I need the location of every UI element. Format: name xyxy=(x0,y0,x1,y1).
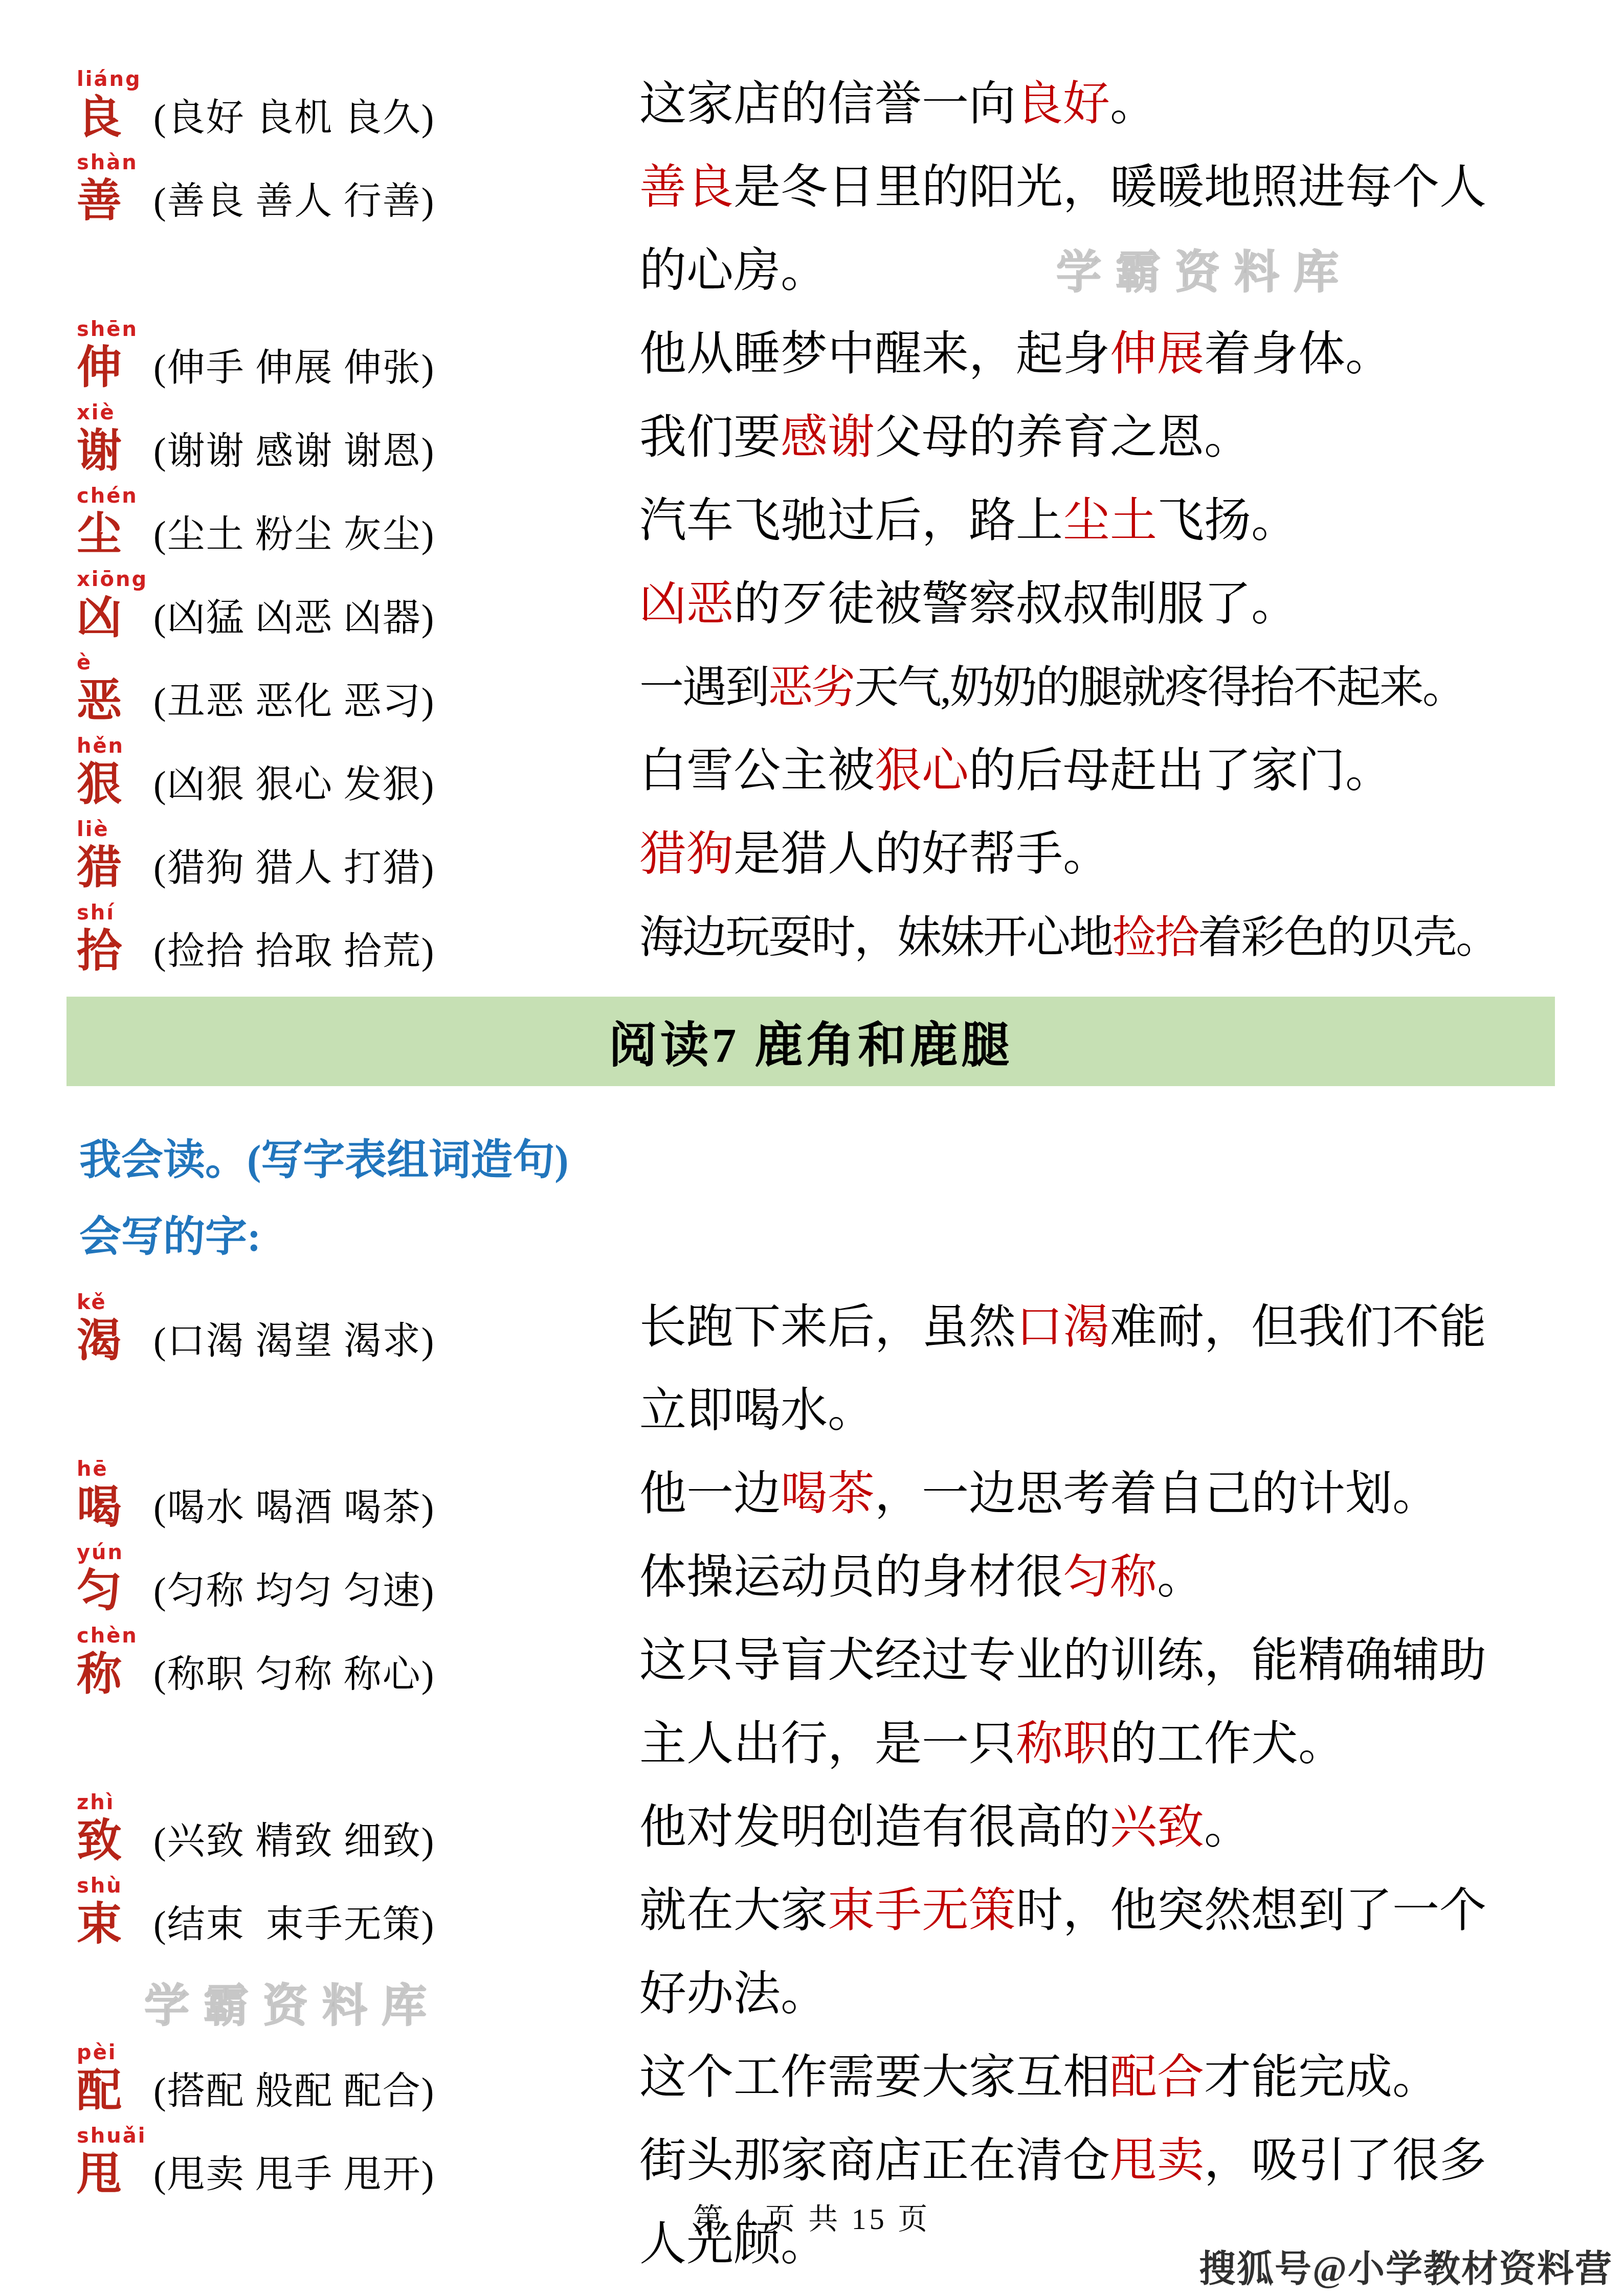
highlighted-word: 甩卖 xyxy=(1110,2134,1204,2187)
vocab-section-1: liáng 良 (良好 良机 良久) 这家店的信誉一向良好。 shàn 善 (善… xyxy=(77,66,1596,979)
pinyin-label: chèn xyxy=(77,1623,153,1649)
vocab-row-left: hē 喝 (喝水 喝酒 喝茶) xyxy=(77,1456,639,1534)
highlighted-word: 称职 xyxy=(1016,1718,1110,1770)
highlighted-word: 伸展 xyxy=(1110,328,1204,380)
headword-column: yún 匀 xyxy=(77,1540,153,1617)
word-list: (搭配 般配 配合) xyxy=(153,2040,435,2118)
example-sentence: 就在大家束手无策时，他突然想到了一个 好办法。 xyxy=(639,1869,1596,2036)
highlighted-word: 匀称 xyxy=(1063,1551,1157,1603)
word-list: (尘土 粉尘 灰尘) xyxy=(153,483,435,561)
pinyin-label: hěn xyxy=(77,733,153,759)
pinyin-label: shuǎi xyxy=(77,2123,153,2149)
headword-character: 称 xyxy=(77,1649,153,1701)
vocab-section-2: kě 渴 (口渴 渴望 渴求) 长跑下来后，虽然口渴难耐，但我们不能 立即喝水。… xyxy=(77,1290,1596,2286)
vocab-row-left: zhì 致 (兴致 精致 细致) xyxy=(77,1790,639,1867)
highlighted-word: 口渴 xyxy=(1016,1301,1110,1353)
watermark-library-top: 学霸资料库 xyxy=(1056,236,1353,301)
headword-character: 猎 xyxy=(77,842,153,894)
subtitle-write: 会写的字: xyxy=(79,1199,1596,1275)
sentence-text: 这家店的信誉一向 xyxy=(639,78,1016,130)
highlighted-word: 尘土 xyxy=(1063,494,1157,547)
highlighted-word: 感谢 xyxy=(781,411,875,463)
vocab-row: zhì 致 (兴致 精致 细致) 他对发明创造有很高的兴致。 xyxy=(77,1790,1596,1869)
pinyin-label: zhì xyxy=(77,1790,153,1815)
headword-column: shēn 伸 xyxy=(77,317,153,394)
word-list: (匀称 均匀 匀速) xyxy=(153,1540,435,1617)
headword-column: chén 尘 xyxy=(77,483,153,561)
vocab-row-left: shàn 善 (善良 善人 行善) xyxy=(77,150,639,228)
word-list: (口渴 渴望 渴求) xyxy=(153,1290,435,1367)
word-list: (伸手 伸展 伸张) xyxy=(153,317,435,394)
highlighted-word: 凶恶 xyxy=(639,578,733,630)
word-list: (称职 匀称 称心) xyxy=(153,1623,435,1701)
headword-character: 尘 xyxy=(77,509,153,561)
page-content: liáng 良 (良好 良机 良久) 这家店的信誉一向良好。 shàn 善 (善… xyxy=(77,66,1596,2290)
vocab-row: hē 喝 (喝水 喝酒 喝茶) 他一边喝茶，一边思考着自己的计划。 xyxy=(77,1456,1596,1536)
headword-column: è 恶 xyxy=(77,650,153,728)
headword-character: 喝 xyxy=(77,1482,153,1534)
headword-column: pèi 配 xyxy=(77,2040,153,2118)
pinyin-label: shí xyxy=(77,900,153,926)
example-sentence: 我们要感谢父母的养育之恩。 xyxy=(639,396,1596,479)
highlighted-word: 捡拾 xyxy=(1112,913,1198,962)
highlighted-word: 善良 xyxy=(639,161,733,213)
sentence-text: 汽车飞驰过后，路上 xyxy=(639,494,1063,547)
headword-character: 狠 xyxy=(77,759,153,811)
headword-character: 致 xyxy=(77,1815,153,1867)
word-list: (善良 善人 行善) xyxy=(153,150,435,228)
sentence-text: 海边玩耍时，妹妹开心地 xyxy=(639,913,1112,962)
sentence-text: 体操运动员的身材很 xyxy=(639,1551,1063,1603)
word-list: (猎狗 猎人 打猎) xyxy=(153,817,435,894)
vocab-row: è 恶 (丑恶 恶化 恶习) 一遇到恶劣天气,奶奶的腿就疼得抬不起来。 xyxy=(77,650,1596,729)
pinyin-label: pèi xyxy=(77,2040,153,2065)
word-list: (谢谢 感谢 谢恩) xyxy=(153,400,435,478)
vocab-row: liè 猎 (猎狗 猎人 打猎) 猎狗是猎人的好帮手。 xyxy=(77,817,1596,896)
sentence-text: 他对发明创造有很高的 xyxy=(639,1801,1110,1853)
headword-column: xiōng 凶 xyxy=(77,567,153,644)
vocab-row-left: xiōng 凶 (凶猛 凶恶 凶器) xyxy=(77,567,639,644)
example-sentence: 汽车飞驰过后，路上尘土飞扬。 xyxy=(639,479,1596,562)
vocab-row: hěn 狠 (凶狠 狠心 发狠) 白雪公主被狠心的后母赶出了家门。 xyxy=(77,733,1596,813)
sentence-text: 。 xyxy=(1110,78,1157,130)
sentence-text: 一遇到 xyxy=(639,663,768,712)
page-number-footer: 第 4 页 共 15 页 xyxy=(694,2195,931,2238)
pinyin-label: shàn xyxy=(77,150,153,175)
headword-character: 拾 xyxy=(77,926,153,978)
word-list: (兴致 精致 细致) xyxy=(153,1790,435,1867)
sentence-text: 。 xyxy=(1204,1801,1251,1853)
example-sentence: 白雪公主被狠心的后母赶出了家门。 xyxy=(639,729,1596,813)
sentence-text: 是猎人的好帮手。 xyxy=(733,828,1110,880)
headword-character: 配 xyxy=(77,2065,153,2118)
word-list: (甩卖 甩手 甩开) xyxy=(153,2123,435,2201)
highlighted-word: 良好 xyxy=(1016,78,1110,130)
sentence-text: 的工作犬。 xyxy=(1110,1718,1345,1770)
headword-character: 善 xyxy=(77,175,153,228)
headword-column: shí 拾 xyxy=(77,900,153,978)
sentence-text: 白雪公主被 xyxy=(639,745,875,797)
vocab-row-left: kě 渴 (口渴 渴望 渴求) xyxy=(77,1290,639,1367)
example-sentence: 他对发明创造有很高的兴致。 xyxy=(639,1786,1596,1869)
headword-column: hē 喝 xyxy=(77,1456,153,1534)
word-list: (凶猛 凶恶 凶器) xyxy=(153,567,435,644)
headword-column: shù 束 xyxy=(77,1873,153,1951)
pinyin-label: chén xyxy=(77,483,153,509)
word-list: (喝水 喝酒 喝茶) xyxy=(153,1456,435,1534)
vocab-row-left: pèi 配 (搭配 般配 配合) xyxy=(77,2040,639,2118)
example-sentence: 体操运动员的身材很匀称。 xyxy=(639,1536,1596,1619)
example-sentence: 他从睡梦中醒来，起身伸展着身体。 xyxy=(639,312,1596,396)
pinyin-label: è xyxy=(77,650,153,676)
pinyin-label: xiè xyxy=(77,400,153,425)
headword-character: 伸 xyxy=(77,342,153,394)
vocab-row: kě 渴 (口渴 渴望 渴求) 长跑下来后，虽然口渴难耐，但我们不能 立即喝水。 xyxy=(77,1290,1596,1452)
highlighted-word: 配合 xyxy=(1110,2051,1204,2103)
sentence-text: 就在大家 xyxy=(639,1884,828,1937)
headword-character: 渴 xyxy=(77,1315,153,1367)
watermark-library-bottom: 学霸资料库 xyxy=(144,1970,441,2034)
sentence-text: 他从睡梦中醒来，起身 xyxy=(639,328,1110,380)
sentence-text: 长跑下来后，虽然 xyxy=(639,1301,1016,1353)
word-list: (丑恶 恶化 恶习) xyxy=(153,650,435,728)
pinyin-label: xiōng xyxy=(77,567,153,592)
highlighted-word: 兴致 xyxy=(1110,1801,1204,1853)
headword-character: 束 xyxy=(77,1899,153,1951)
vocab-row-left: yún 匀 (匀称 均匀 匀速) xyxy=(77,1540,639,1617)
sentence-text: 天气,奶奶的腿就疼得抬不起来。 xyxy=(854,663,1465,712)
sentence-text: 着身体。 xyxy=(1204,328,1392,380)
highlighted-word: 恶劣 xyxy=(768,663,854,712)
vocab-row-left: è 恶 (丑恶 恶化 恶习) xyxy=(77,650,639,728)
example-sentence: 这家店的信誉一向良好。 xyxy=(639,62,1596,146)
headword-character: 匀 xyxy=(77,1565,153,1617)
word-list: (结束 束手无策) xyxy=(153,1873,435,1951)
sentence-text: 的歹徒被警察叔叔制服了。 xyxy=(733,578,1298,630)
vocab-row: shēn 伸 (伸手 伸展 伸张) 他从睡梦中醒来，起身伸展着身体。 xyxy=(77,317,1596,396)
highlighted-word: 束手无策 xyxy=(828,1884,1016,1937)
vocab-row-left: liè 猎 (猎狗 猎人 打猎) xyxy=(77,817,639,894)
vocab-row-left: chén 尘 (尘土 粉尘 灰尘) xyxy=(77,483,639,561)
sentence-text: 我们要 xyxy=(639,411,781,463)
highlighted-word: 喝茶 xyxy=(781,1468,875,1520)
example-sentence: 这只导盲犬经过专业的训练，能精确辅助 主人出行，是一只称职的工作犬。 xyxy=(639,1619,1596,1786)
pinyin-label: liáng xyxy=(77,66,153,92)
sentence-text: 他一边 xyxy=(639,1468,781,1520)
vocab-row: chén 尘 (尘土 粉尘 灰尘) 汽车飞驰过后，路上尘土飞扬。 xyxy=(77,483,1596,562)
sentence-text: 飞扬。 xyxy=(1157,494,1298,547)
vocab-row-left: shuǎi 甩 (甩卖 甩手 甩开) xyxy=(77,2123,639,2201)
example-sentence: 海边玩耍时，妹妹开心地捡拾着彩色的贝壳。 xyxy=(639,896,1596,979)
example-sentence: 这个工作需要大家互相配合才能完成。 xyxy=(639,2036,1596,2119)
vocab-row-left: hěn 狠 (凶狠 狠心 发狠) xyxy=(77,733,639,811)
vocab-row: liáng 良 (良好 良机 良久) 这家店的信誉一向良好。 xyxy=(77,66,1596,146)
headword-column: shàn 善 xyxy=(77,150,153,228)
vocab-row: shí 拾 (捡拾 拾取 拾荒) 海边玩耍时，妹妹开心地捡拾着彩色的贝壳。 xyxy=(77,900,1596,979)
headword-column: zhì 致 xyxy=(77,1790,153,1867)
headword-column: shuǎi 甩 xyxy=(77,2123,153,2201)
vocab-row-left: shù 束 (结束 束手无策) xyxy=(77,1873,639,1951)
pinyin-label: shēn xyxy=(77,317,153,342)
headword-column: liáng 良 xyxy=(77,66,153,144)
watermark-brand: 搜狐号@小学教材资料营 xyxy=(1199,2239,1613,2292)
headword-column: hěn 狠 xyxy=(77,733,153,811)
example-sentence: 凶恶的歹徒被警察叔叔制服了。 xyxy=(639,562,1596,646)
vocab-row-left: shēn 伸 (伸手 伸展 伸张) xyxy=(77,317,639,394)
vocab-row: shàn 善 (善良 善人 行善) 善良是冬日里的阳光，暖暖地照进每个人 的心房… xyxy=(77,150,1596,312)
section-title: 阅读7 鹿角和鹿腿 xyxy=(609,1007,1013,1076)
highlighted-word: 狠心 xyxy=(875,745,969,797)
headword-column: chèn 称 xyxy=(77,1623,153,1701)
sentence-text: 父母的养育之恩。 xyxy=(875,411,1251,463)
vocab-row: chèn 称 (称职 匀称 称心) 这只导盲犬经过专业的训练，能精确辅助 主人出… xyxy=(77,1623,1596,1786)
pinyin-label: shù xyxy=(77,1873,153,1899)
sentence-text: 着彩色的贝壳。 xyxy=(1198,913,1499,962)
example-sentence: 长跑下来后，虽然口渴难耐，但我们不能 立即喝水。 xyxy=(639,1286,1596,1452)
highlighted-word: 猎狗 xyxy=(639,828,733,880)
sentence-text: 街头那家商店正在清仓 xyxy=(639,2134,1110,2187)
vocab-row: yún 匀 (匀称 均匀 匀速) 体操运动员的身材很匀称。 xyxy=(77,1540,1596,1619)
example-sentence: 他一边喝茶，一边思考着自己的计划。 xyxy=(639,1452,1596,1536)
sentence-text: 才能完成。 xyxy=(1204,2051,1439,2103)
pinyin-label: yún xyxy=(77,1540,153,1565)
headword-character: 谢 xyxy=(77,425,153,478)
vocab-row-left: xiè 谢 (谢谢 感谢 谢恩) xyxy=(77,400,639,478)
word-list: (良好 良机 良久) xyxy=(153,66,435,144)
word-list: (凶狠 狠心 发狠) xyxy=(153,733,435,811)
pinyin-label: kě xyxy=(77,1290,153,1315)
vocab-row: xiōng 凶 (凶猛 凶恶 凶器) 凶恶的歹徒被警察叔叔制服了。 xyxy=(77,567,1596,646)
example-sentence: 猎狗是猎人的好帮手。 xyxy=(639,813,1596,896)
example-sentence: 一遇到恶劣天气,奶奶的腿就疼得抬不起来。 xyxy=(639,646,1596,729)
headword-character: 恶 xyxy=(77,676,153,728)
sentence-text: ，一边思考着自己的计划。 xyxy=(875,1468,1439,1520)
headword-column: liè 猎 xyxy=(77,817,153,894)
headword-column: xiè 谢 xyxy=(77,400,153,478)
subtitle-read: 我会读。(写字表组词造句) xyxy=(79,1122,1596,1199)
headword-character: 凶 xyxy=(77,592,153,644)
headword-column: kě 渴 xyxy=(77,1290,153,1367)
headword-character: 良 xyxy=(77,92,153,144)
vocab-row-left: liáng 良 (良好 良机 良久) xyxy=(77,66,639,144)
pinyin-label: liè xyxy=(77,817,153,842)
headword-character: 甩 xyxy=(77,2149,153,2201)
sentence-text: 这个工作需要大家互相 xyxy=(639,2051,1110,2103)
word-list: (捡拾 拾取 拾荒) xyxy=(153,900,435,978)
vocab-row-left: chèn 称 (称职 匀称 称心) xyxy=(77,1623,639,1701)
pinyin-label: hē xyxy=(77,1456,153,1482)
vocab-row: xiè 谢 (谢谢 感谢 谢恩) 我们要感谢父母的养育之恩。 xyxy=(77,400,1596,479)
section-header-band: 阅读7 鹿角和鹿腿 xyxy=(66,997,1555,1086)
sentence-text: 。 xyxy=(1157,1551,1204,1603)
sentence-text: 的后母赶出了家门。 xyxy=(969,745,1392,797)
worksheet-page: { "header": { "title": "阅读7 鹿角和鹿腿", "ban… xyxy=(0,0,1624,2296)
vocab-row-left: shí 拾 (捡拾 拾取 拾荒) xyxy=(77,900,639,978)
vocab-row: pèi 配 (搭配 般配 配合) 这个工作需要大家互相配合才能完成。 xyxy=(77,2040,1596,2119)
